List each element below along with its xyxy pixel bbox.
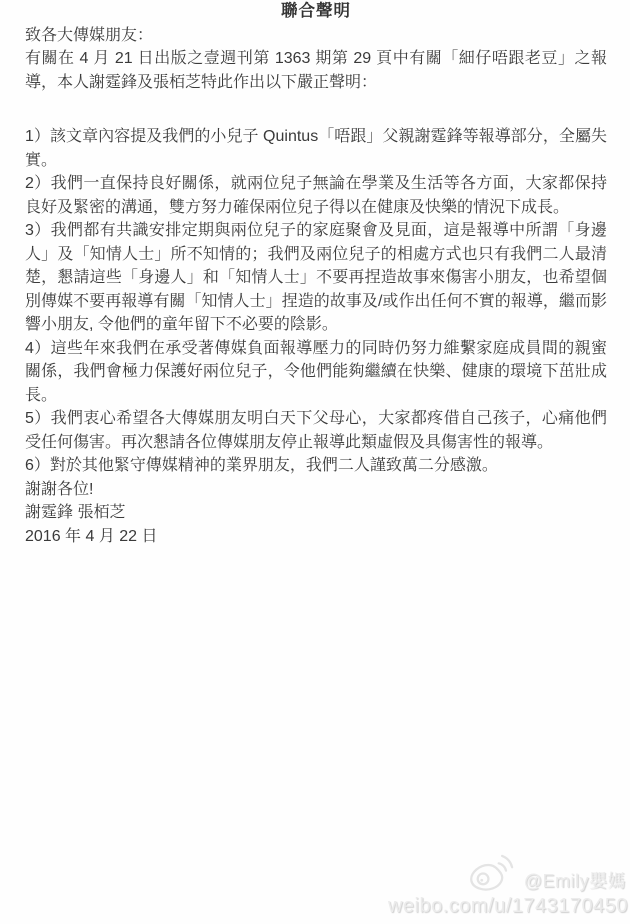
- statement-date: 2016 年 4 月 22 日: [25, 525, 607, 549]
- signature-names: 謝霆鋒 張栢芝: [25, 501, 607, 525]
- statement-item-4: 4）這些年來我們在承受著傳媒負面報導壓力的同時仍努力維繫家庭成員間的親蜜關係，我…: [25, 337, 607, 408]
- watermark-handle: @Emily嬰媽: [524, 868, 626, 894]
- intro-paragraph: 有關在 4 月 21 日出版之壹週刊第 1363 期第 29 頁中有關「細仔唔跟…: [25, 47, 607, 94]
- statement-item-6: 6）對於其他緊守傳媒精神的業界朋友，我們二人謹致萬二分感激。: [25, 454, 607, 478]
- statement-item-5: 5）我們衷心希望各大傳媒朋友明白天下父母心，大家都疼借自己孩子，心痛他們受任何傷…: [25, 407, 607, 454]
- statement-items: 1）該文章內容提及我們的小兒子 Quintus「唔跟」父親謝霆鋒等報導部分，全屬…: [25, 125, 607, 478]
- watermark-url: weibo.com/u/1743170450: [388, 894, 628, 918]
- statement-item-1: 1）該文章內容提及我們的小兒子 Quintus「唔跟」父親謝霆鋒等報導部分，全屬…: [25, 125, 607, 172]
- statement-item-3: 3）我們都有共識安排定期與兩位兒子的家庭聚會及見面，這是報導中所謂「身邊人」及「…: [25, 219, 607, 337]
- salutation-line: 致各大傳媒朋友：: [25, 24, 607, 48]
- closing-thanks: 謝謝各位!: [25, 478, 607, 502]
- document-title: 聯合聲明: [25, 0, 607, 24]
- weibo-watermark-row: @Emily嬰媽: [388, 850, 626, 894]
- statement-document: 聯合聲明 致各大傳媒朋友： 有關在 4 月 21 日出版之壹週刊第 1363 期…: [25, 0, 607, 548]
- weibo-watermark: @Emily嬰媽 weibo.com/u/1743170450: [388, 850, 628, 918]
- statement-item-2: 2）我們一直保持良好關係，就兩位兒子無論在學業及生活等各方面，大家都保持良好及緊…: [25, 172, 607, 219]
- statement-photo-page: 聯合聲明 致各大傳媒朋友： 有關在 4 月 21 日出版之壹週刊第 1363 期…: [0, 0, 630, 924]
- weibo-logo-icon: [464, 850, 516, 894]
